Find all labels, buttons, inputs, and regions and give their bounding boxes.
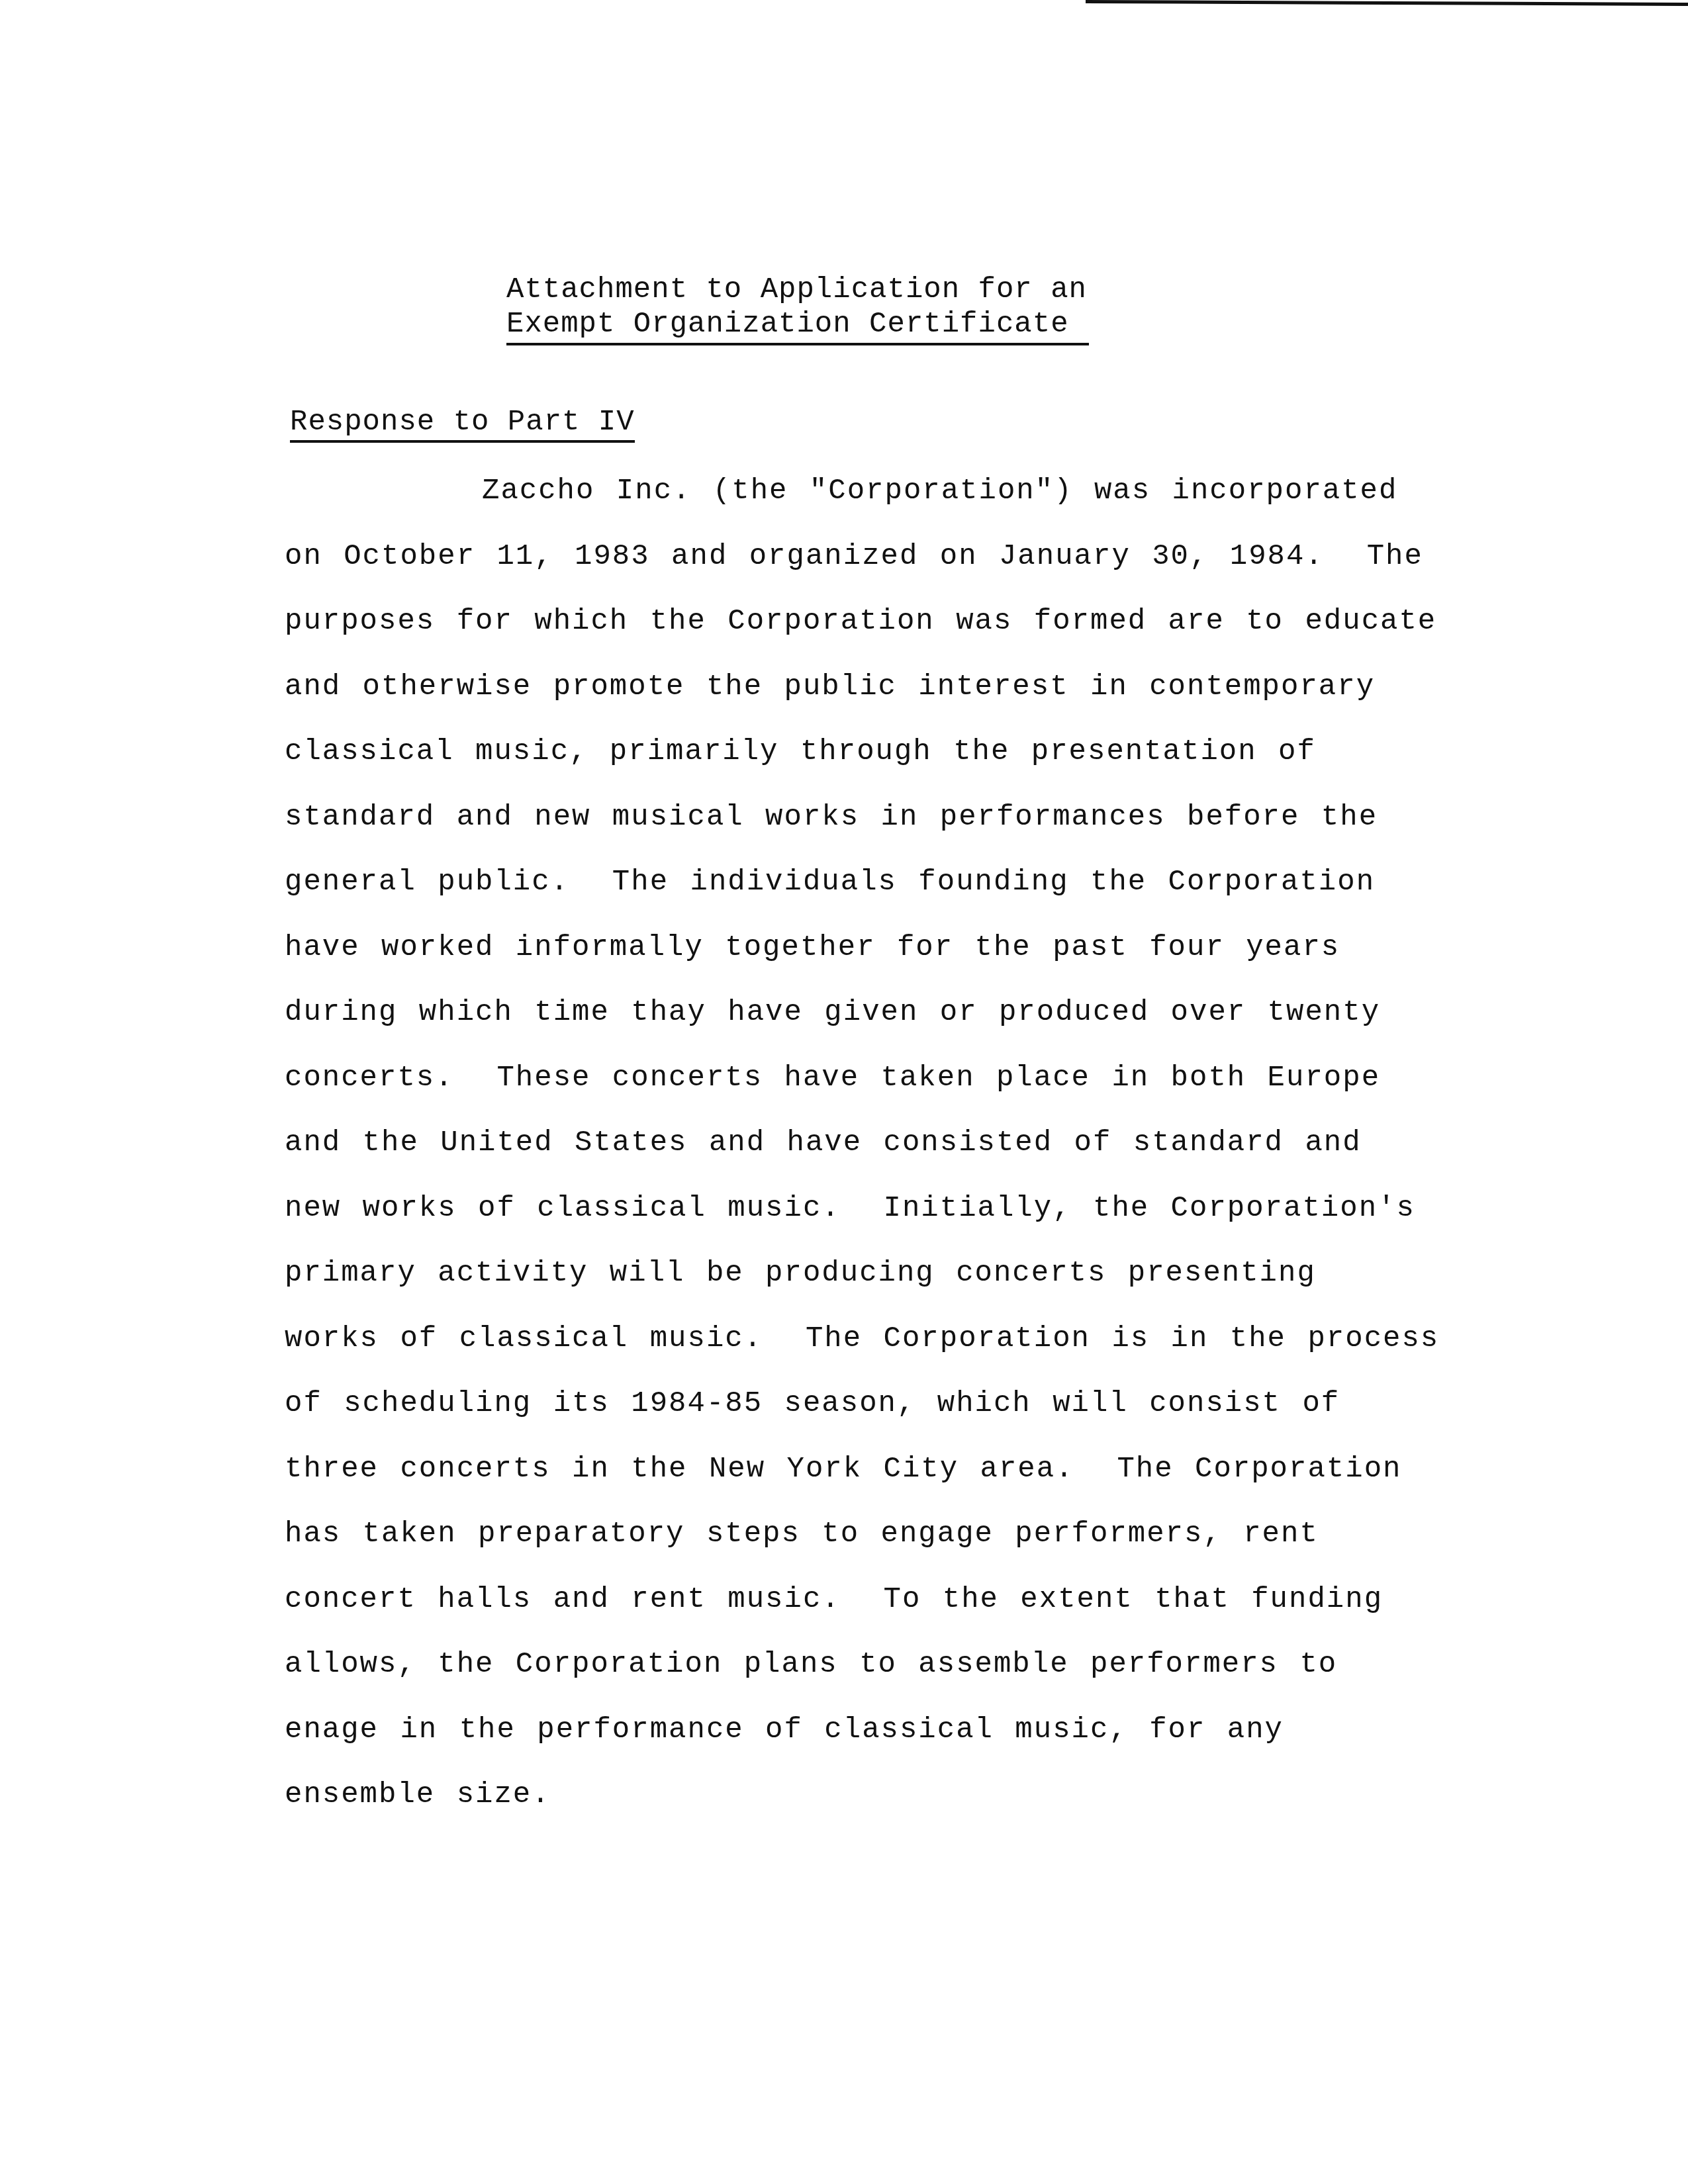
- paragraph-line: new works of classical music. Initially,…: [285, 1191, 1439, 1257]
- title-line-1: Attachment to Application for an: [506, 273, 1089, 307]
- scan-edge-line: [1086, 0, 1688, 6]
- paragraph-line: on October 11, 1983 and organized on Jan…: [285, 539, 1439, 605]
- section-heading: Response to Part IV: [290, 405, 635, 439]
- paragraph-line: during which time thay have given or pro…: [285, 995, 1439, 1061]
- paragraph-line: primary activity will be producing conce…: [285, 1256, 1439, 1322]
- paragraph-line: has taken preparatory steps to engage pe…: [285, 1517, 1439, 1582]
- section-heading-text: Response to Part IV: [290, 406, 635, 443]
- paragraph-line: ensemble size.: [285, 1778, 1439, 1843]
- paragraph-line: allows, the Corporation plans to assembl…: [285, 1647, 1439, 1713]
- paragraph-line: Zaccho Inc. (the "Corporation") was inco…: [285, 474, 1439, 539]
- title-line-2: Exempt Organization Certificate: [506, 307, 1089, 345]
- paragraph-line: concert halls and rent music. To the ext…: [285, 1582, 1439, 1648]
- paragraph-line: concerts. These concerts have taken plac…: [285, 1061, 1439, 1126]
- paragraph-line: three concerts in the New York City area…: [285, 1452, 1439, 1518]
- paragraph-line: purposes for which the Corporation was f…: [285, 604, 1439, 670]
- paragraph-line: works of classical music. The Corporatio…: [285, 1322, 1439, 1387]
- paragraph-line: enage in the performance of classical mu…: [285, 1713, 1439, 1778]
- paragraph-line: have worked informally together for the …: [285, 931, 1439, 996]
- paragraph-line: classical music, primarily through the p…: [285, 735, 1439, 800]
- paragraph-line: of scheduling its 1984-85 season, which …: [285, 1387, 1439, 1452]
- body-paragraph: Zaccho Inc. (the "Corporation") was inco…: [285, 474, 1439, 1843]
- paragraph-line: standard and new musical works in perfor…: [285, 800, 1439, 866]
- paragraph-line: and the United States and have consisted…: [285, 1126, 1439, 1191]
- paragraph-line: and otherwise promote the public interes…: [285, 670, 1439, 735]
- document-title: Attachment to Application for an Exempt …: [506, 273, 1089, 345]
- paragraph-line: general public. The individuals founding…: [285, 865, 1439, 931]
